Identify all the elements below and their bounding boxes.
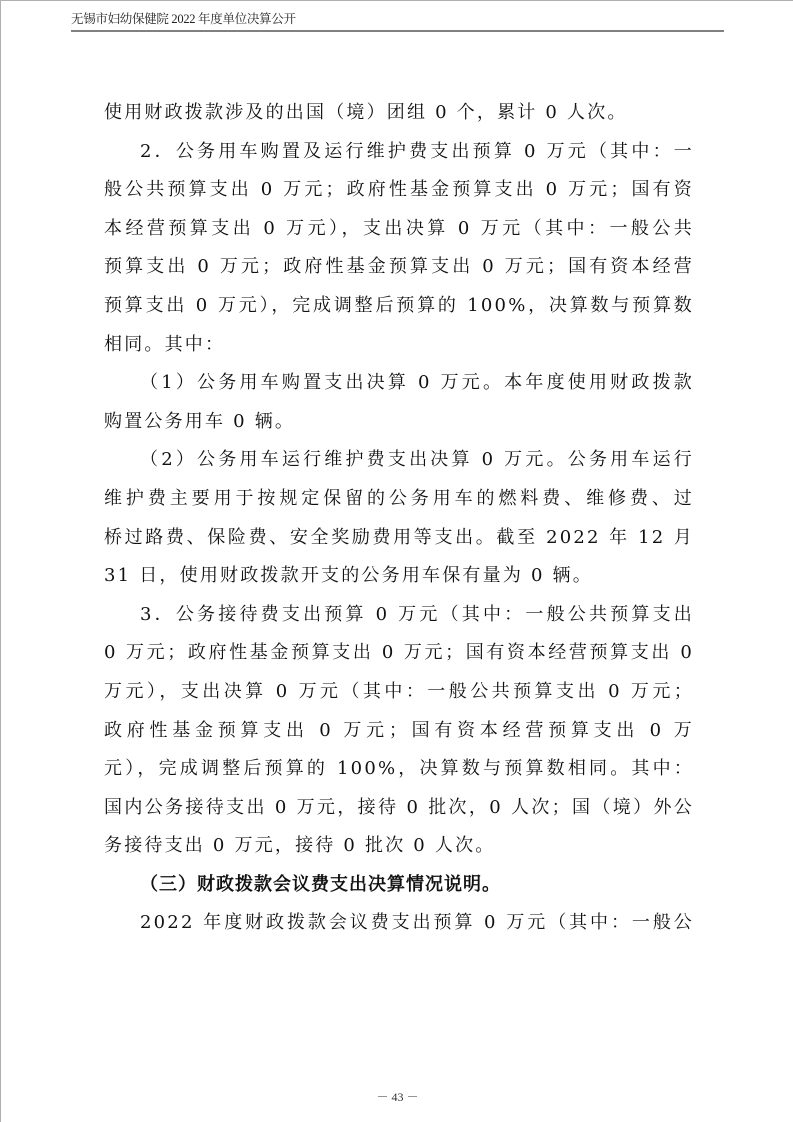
paragraph-line: 般公共预算支出 0 万元；政府性基金预算支出 0 万元；国有资 [104, 171, 694, 210]
paragraph-line: 政府性基金预算支出 0 万元；国有资本经营预算支出 0 万 [104, 712, 694, 751]
header-title: 无锡市妇幼保健院 2022 年度单位决算公开 [71, 9, 296, 27]
paragraph-line: 预算支出 0 万元；政府性基金预算支出 0 万元；国有资本经营 [104, 248, 694, 287]
paragraph-line: 购置公务用车 0 辆。 [104, 403, 694, 442]
paragraph-line: 本经营预算支出 0 万元），支出决算 0 万元（其中：一般公共 [104, 210, 694, 249]
paragraph-line: 0 万元；政府性基金预算支出 0 万元；国有资本经营预算支出 0 [104, 634, 694, 673]
paragraph-line: 桥过路费、保险费、安全奖励费用等支出。截至 2022 年 12 月 [104, 519, 694, 558]
paragraph-line: （2）公务用车运行维护费支出决算 0 万元。公务用车运行 [104, 441, 694, 480]
paragraph-line: 万元），支出决算 0 万元（其中：一般公共预算支出 0 万元； [104, 673, 694, 712]
paragraph-line: 2．公务用车购置及运行维护费支出预算 0 万元（其中：一 [104, 133, 694, 172]
paragraph-line: （1）公务用车购置支出决算 0 万元。本年度使用财政拨款 [104, 364, 694, 403]
paragraph-line: 国内公务接待支出 0 万元，接待 0 批次，0 人次；国（境）外公 [104, 789, 694, 828]
paragraph-line: 相同。其中： [104, 326, 694, 365]
paragraph-line: 元），完成调整后预算的 100%，决算数与预算数相同。其中： [104, 750, 694, 789]
section-heading: （三）财政拨款会议费支出决算情况说明。 [104, 866, 694, 905]
paragraph-line: 维护费主要用于按规定保留的公务用车的燃料费、维修费、过 [104, 480, 694, 519]
page-number: － 43 － [1, 1088, 793, 1105]
paragraph-line: 务接待支出 0 万元，接待 0 批次 0 人次。 [104, 827, 694, 866]
paragraph-line: 使用财政拨款涉及的出国（境）团组 0 个，累计 0 人次。 [104, 94, 694, 133]
paragraph-line: 预算支出 0 万元），完成调整后预算的 100%，决算数与预算数 [104, 287, 694, 326]
document-body: 使用财政拨款涉及的出国（境）团组 0 个，累计 0 人次。 2．公务用车购置及运… [104, 94, 694, 943]
paragraph-line: 31 日，使用财政拨款开支的公务用车保有量为 0 辆。 [104, 557, 694, 596]
page-header: 无锡市妇幼保健院 2022 年度单位决算公开 [71, 8, 724, 32]
paragraph-line: 3．公务接待费支出预算 0 万元（其中：一般公共预算支出 [104, 596, 694, 635]
paragraph-line: 2022 年度财政拨款会议费支出预算 0 万元（其中：一般公 [104, 904, 694, 943]
